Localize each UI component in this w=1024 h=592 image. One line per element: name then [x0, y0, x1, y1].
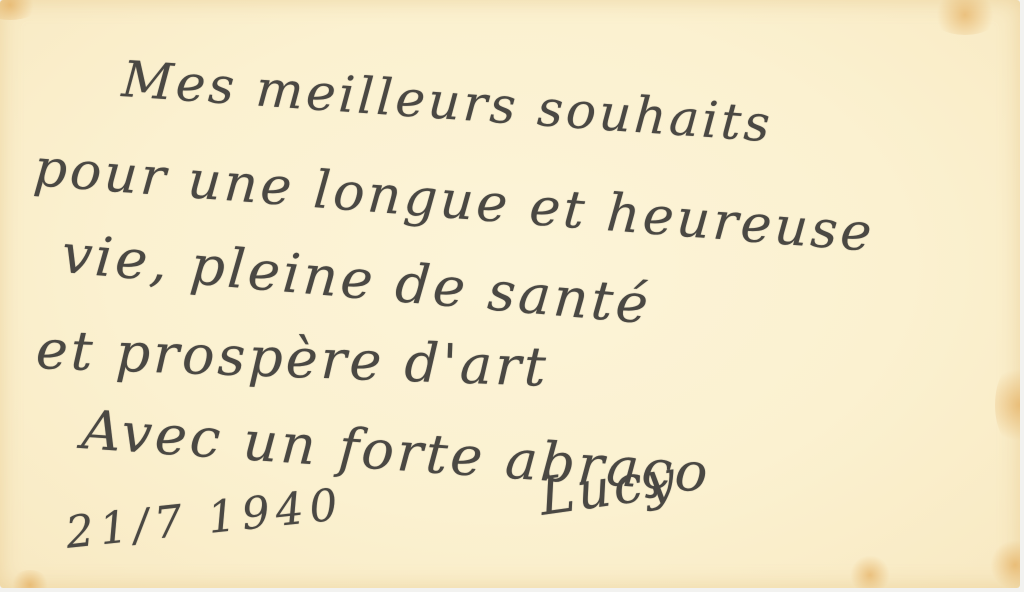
foxing-stain — [990, 540, 1020, 588]
handwritten-card: Mes meilleurs souhaits pour une longue e… — [0, 0, 1020, 588]
foxing-stain — [10, 570, 50, 588]
foxing-stain — [850, 555, 890, 588]
foxing-stain — [930, 0, 1000, 35]
foxing-stain — [995, 360, 1020, 450]
note-line-4: et prospère d'art — [35, 318, 550, 399]
date: 21/7 1940 — [63, 479, 346, 559]
note-line-1: Mes meilleurs souhaits — [120, 50, 775, 153]
foxing-stain — [0, 0, 40, 20]
